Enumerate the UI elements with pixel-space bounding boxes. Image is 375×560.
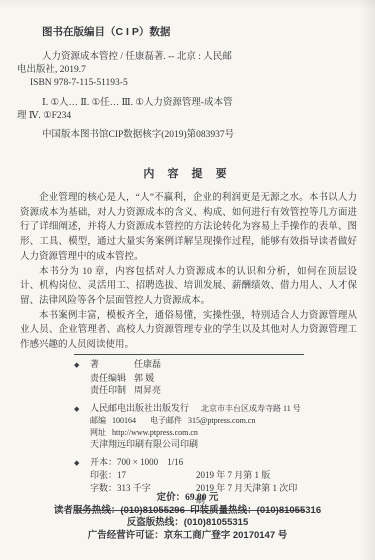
quality-hotline-number: (010)81055316: [257, 505, 321, 516]
postcode-email-row: 邮编 100164 电子邮件 315@ptpress.com.cn: [74, 415, 304, 427]
cip-classification-line2: 理 Ⅳ. ①F234: [17, 110, 361, 123]
format-label: 开本：: [90, 456, 117, 469]
summary-title: 内 容 提 要: [0, 165, 375, 181]
email-label: 电子邮件: [150, 415, 182, 427]
summary-paragraph-2: 本书分为 10 章，内容包括对人力资源成本的认识和分析，如何在顶层设计、机构岗位…: [20, 265, 357, 309]
print-company: 天津翔远印刷有限公司印刷: [90, 438, 198, 451]
website-value: http://www.ptpress.com.cn: [112, 427, 198, 439]
summary-paragraph-1: 企业管理的核心是人，“人”不赢利，企业的利润更是无源之水。本书以人力资源成本为基…: [20, 191, 357, 265]
price-and-hotlines: 定价：69.80 元 读者服务热线：(010)81055296 印装质量热线：(…: [0, 492, 375, 542]
website-row: 网址 http://www.ptpress.com.cn: [74, 427, 304, 439]
publisher-name: 人民邮电出版社出版发行: [90, 402, 189, 415]
piracy-hotline-number: (010)81055315: [184, 517, 248, 528]
author-value: 任康磊: [134, 358, 161, 371]
sheets-value: 17: [117, 470, 126, 480]
author-row: ◆ 著 任康磊: [74, 358, 304, 372]
colophon-block: ◆ 著 任康磊 责任编辑 郭 媛 责任印制 周昇亮 ◆ 人民邮电出版社出版发行 …: [74, 354, 304, 511]
reader-hotline-label: 读者服务热线：: [54, 505, 121, 516]
print-supervisor-label: 责任印制: [90, 384, 134, 397]
diamond-bullet-icon: ◆: [74, 359, 90, 372]
postcode-label: 邮编: [90, 415, 106, 427]
format-value: 700 × 1000 1/16: [117, 456, 183, 469]
diamond-bullet-icon: ◆: [74, 403, 90, 416]
isbn-line: ISBN 978-7-115-51193-5: [17, 77, 361, 90]
editor-value: 郭 媛: [134, 372, 154, 385]
price-line: 定价：69.80 元: [0, 492, 375, 505]
summary-paragraph-3: 本书案例丰富，模板齐全，通俗易懂，实操性强，特别适合人力资源管理从业人员、企业管…: [20, 309, 357, 353]
sheets-edition-row: 印张：17 2019 年 7 月第 1 版: [74, 469, 304, 482]
print-supervisor-row: 责任印制 周昇亮: [74, 384, 304, 397]
wordcount-label: 字数：: [90, 483, 117, 493]
sheets-cell: 印张：17: [90, 469, 196, 482]
edition-value: 2019 年 7 月第 1 版: [196, 469, 270, 482]
cip-classification-line1: Ⅰ. ①人… Ⅱ. ①任… Ⅲ. ①人力资源管理-成本管: [17, 97, 361, 110]
publisher-row: ◆ 人民邮电出版社出版发行 北京市丰台区成寿寺路 11 号: [74, 402, 304, 416]
cip-entry-line2: 电出版社, 2019.7: [17, 64, 361, 77]
editor-label: 责任编辑: [90, 372, 134, 385]
format-row: ◆ 开本： 700 × 1000 1/16: [74, 456, 304, 470]
cip-header: 图书在版编目（C I P）数据: [42, 26, 361, 39]
summary-body: 企业管理的核心是人，“人”不赢利，企业的利润更是无源之水。本书以人力资源成本为基…: [20, 191, 357, 353]
editor-row: 责任编辑 郭 媛: [74, 372, 304, 385]
print-company-row: 天津翔远印刷有限公司印刷: [74, 438, 304, 451]
publisher-address: 北京市丰台区成寿寺路 11 号: [201, 403, 301, 416]
print-supervisor-value: 周昇亮: [134, 384, 161, 397]
wordcount-value: 313 千字: [117, 483, 151, 493]
quality-hotline-label: 印装质量热线：: [190, 505, 257, 516]
postcode-value: 100164: [112, 415, 136, 427]
piracy-hotline-label: 反盗版热线：: [127, 517, 184, 528]
website-label: 网址: [90, 427, 106, 439]
reader-hotline-number: (010)81055296: [120, 505, 184, 516]
diamond-bullet-icon: ◆: [74, 457, 90, 470]
cip-entry-line1: 人力资源成本管控 / 任康磊著. -- 北京 : 人民邮: [17, 51, 361, 64]
cip-record-number: 中国版本图书馆CIP数据核字(2019)第083937号: [17, 129, 361, 142]
book-copyright-page: 图书在版编目（C I P）数据 人力资源成本管控 / 任康磊著. -- 北京 :…: [0, 0, 375, 560]
author-label: 著: [90, 358, 134, 371]
hotline-line1: 读者服务热线：(010)81055296 印装质量热线：(010)8105531…: [0, 505, 375, 518]
license-line: 广告经营许可证：京东工商广登字 20170147 号: [0, 530, 375, 543]
sheets-label: 印张：: [90, 470, 117, 480]
cip-section: 图书在版编目（C I P）数据 人力资源成本管控 / 任康磊著. -- 北京 :…: [17, 26, 361, 142]
hotline-line2: 反盗版热线：(010)81055315: [0, 517, 375, 530]
email-value: 315@ptpress.com.cn: [188, 415, 255, 427]
